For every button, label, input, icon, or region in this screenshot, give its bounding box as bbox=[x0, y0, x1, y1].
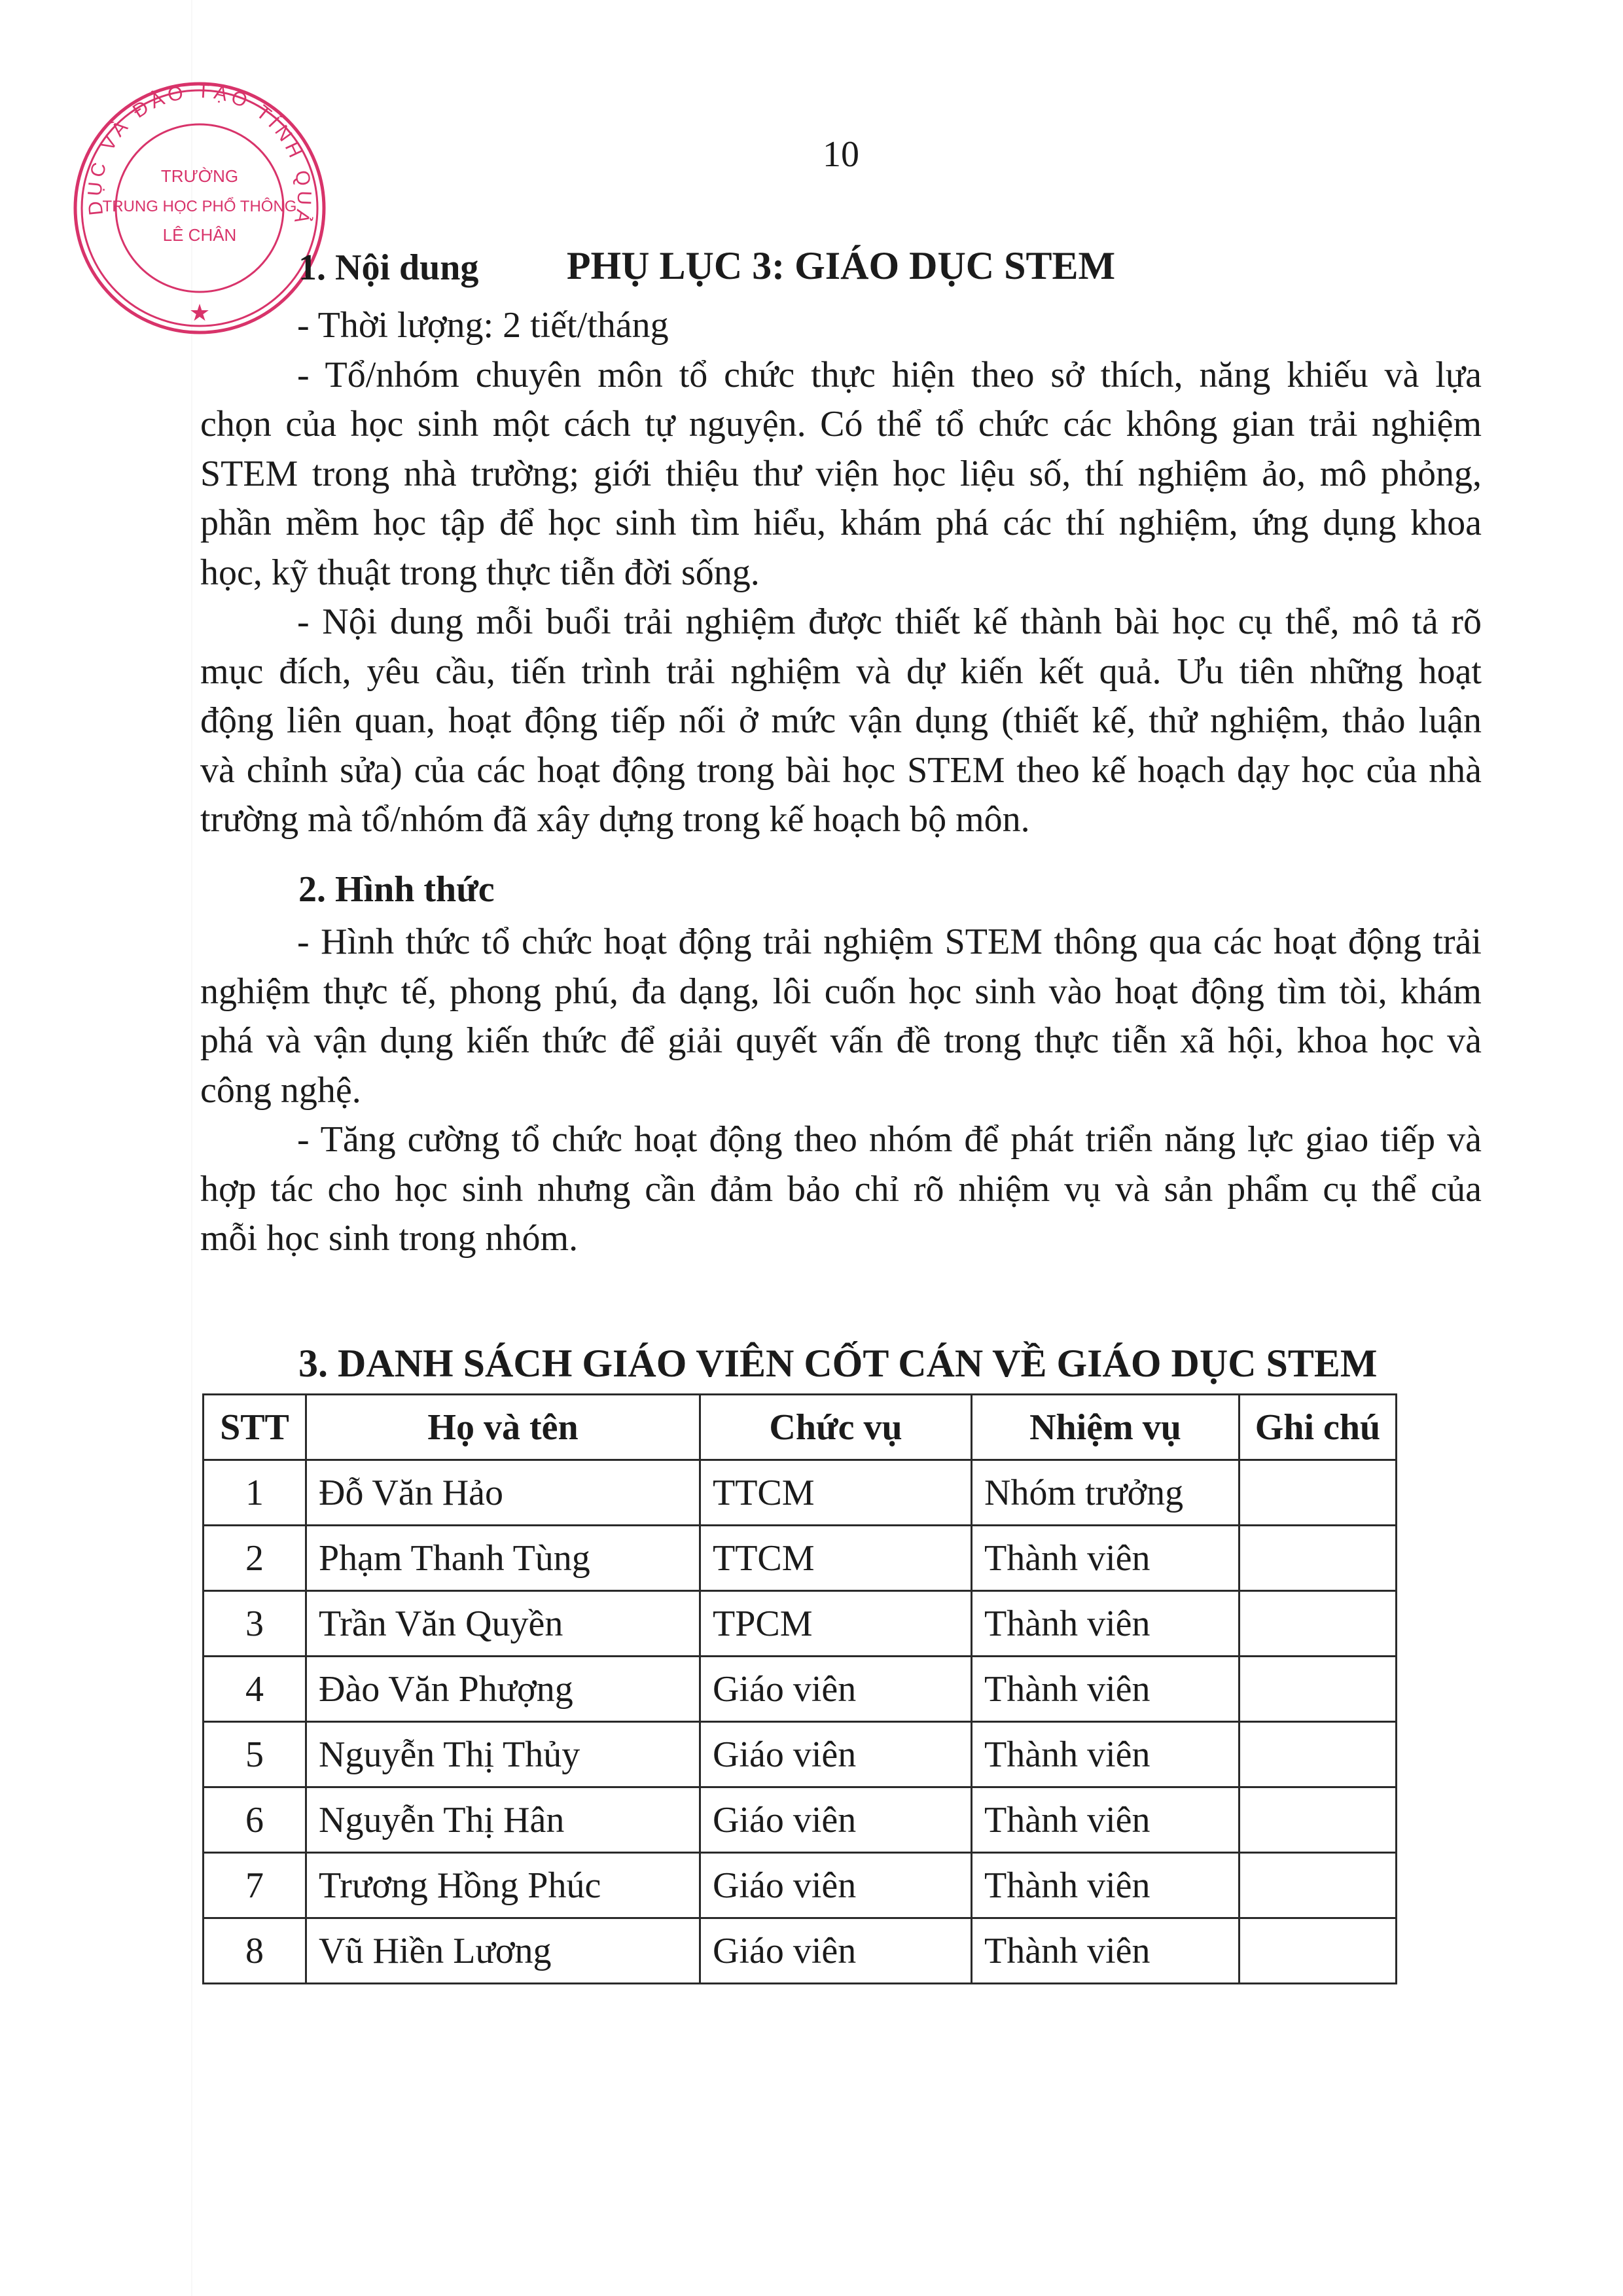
cell-duty: Thành viên bbox=[972, 1853, 1240, 1918]
paragraph-line: - Hình thức tổ chức hoạt động trải nghiệ… bbox=[200, 918, 1482, 967]
content-paragraphs: - Tổ/nhóm chuyên môn tổ chức thực hiện t… bbox=[200, 351, 1482, 845]
section-heading-content: 1. Nội dung bbox=[298, 243, 478, 293]
paragraph: - Tổ/nhóm chuyên môn tổ chức thực hiện t… bbox=[200, 351, 1482, 598]
cell-position: TTCM bbox=[700, 1460, 972, 1526]
cell-notes bbox=[1240, 1787, 1397, 1853]
column-header-duty: Nhiệm vụ bbox=[972, 1395, 1240, 1460]
paragraph-line: công nghệ. bbox=[200, 1066, 1482, 1116]
column-header-position: Chức vụ bbox=[700, 1395, 972, 1460]
cell-duty: Thành viên bbox=[972, 1591, 1240, 1657]
cell-position: Giáo viên bbox=[700, 1787, 972, 1853]
cell-stt: 6 bbox=[204, 1787, 306, 1853]
paragraph-line: - Tăng cường tổ chức hoạt động theo nhóm… bbox=[200, 1115, 1482, 1165]
cell-name: Trương Hồng Phúc bbox=[306, 1853, 700, 1918]
cell-notes bbox=[1240, 1591, 1397, 1657]
table-row: 4Đào Văn PhượngGiáo viênThành viên bbox=[204, 1657, 1397, 1722]
paragraph-line: nghiệm thực tế, phong phú, đa dạng, lôi … bbox=[200, 967, 1482, 1017]
form-paragraphs: - Hình thức tổ chức hoạt động trải nghiệ… bbox=[200, 918, 1482, 1264]
paragraph: - Hình thức tổ chức hoạt động trải nghiệ… bbox=[200, 918, 1482, 1115]
cell-position: Giáo viên bbox=[700, 1657, 972, 1722]
table-row: 1Đỗ Văn HảoTTCMNhóm trưởng bbox=[204, 1460, 1397, 1526]
cell-notes bbox=[1240, 1722, 1397, 1787]
table-header-row: STT Họ và tên Chức vụ Nhiệm vụ Ghi chú bbox=[204, 1395, 1397, 1460]
staff-table: STT Họ và tên Chức vụ Nhiệm vụ Ghi chú 1… bbox=[202, 1393, 1397, 1984]
column-header-stt: STT bbox=[204, 1395, 306, 1460]
paragraph-line: hợp tác cho học sinh nhưng cần đảm bảo c… bbox=[200, 1165, 1482, 1215]
cell-duty: Thành viên bbox=[972, 1918, 1240, 1984]
paragraph-line: mục đích, yêu cầu, tiến trình trải nghiệ… bbox=[200, 647, 1482, 697]
cell-position: TTCM bbox=[700, 1526, 972, 1591]
cell-stt: 7 bbox=[204, 1853, 306, 1918]
cell-name: Đào Văn Phượng bbox=[306, 1657, 700, 1722]
cell-position: Giáo viên bbox=[700, 1722, 972, 1787]
official-stamp: SỞ GIÁO DỤC VÀ ĐÀO TẠO TỈNH QUẢNG NINH T… bbox=[69, 77, 330, 339]
cell-position: TPCM bbox=[700, 1591, 972, 1657]
page-title: PHỤ LỤC 3: GIÁO DỤC STEM bbox=[0, 240, 1623, 292]
column-header-name: Họ và tên bbox=[306, 1395, 700, 1460]
cell-duty: Nhóm trưởng bbox=[972, 1460, 1240, 1526]
cell-name: Nguyễn Thị Hân bbox=[306, 1787, 700, 1853]
cell-notes bbox=[1240, 1918, 1397, 1984]
table-row: 8Vũ Hiền LươngGiáo viênThành viên bbox=[204, 1918, 1397, 1984]
cell-position: Giáo viên bbox=[700, 1918, 972, 1984]
cell-name: Nguyễn Thị Thủy bbox=[306, 1722, 700, 1787]
paragraph: - Tăng cường tổ chức hoạt động theo nhóm… bbox=[200, 1115, 1482, 1264]
cell-notes bbox=[1240, 1657, 1397, 1722]
cell-name: Phạm Thanh Tùng bbox=[306, 1526, 700, 1591]
paragraph-line: chọn của học sinh một cách tự nguyện. Có… bbox=[200, 400, 1482, 450]
table-row: 3Trần Văn QuyềnTPCMThành viên bbox=[204, 1591, 1397, 1657]
cell-notes bbox=[1240, 1853, 1397, 1918]
paragraph-line: mỗi học sinh trong nhóm. bbox=[200, 1214, 1482, 1264]
cell-name: Trần Văn Quyền bbox=[306, 1591, 700, 1657]
cell-stt: 5 bbox=[204, 1722, 306, 1787]
cell-notes bbox=[1240, 1526, 1397, 1591]
cell-stt: 8 bbox=[204, 1918, 306, 1984]
paragraph-line: STEM trong nhà trường; giới thiệu thư vi… bbox=[200, 450, 1482, 499]
paragraph-line: phần mềm học tập để học sinh tìm hiểu, k… bbox=[200, 499, 1482, 548]
cell-name: Đỗ Văn Hảo bbox=[306, 1460, 700, 1526]
paragraph-line: trường mà tổ/nhóm đã xây dựng trong kế h… bbox=[200, 795, 1482, 845]
paragraph-line: và chỉnh sửa) của các hoạt động trong bà… bbox=[200, 746, 1482, 796]
paragraph-line: học, kỹ thuật trong thực tiễn đời sống. bbox=[200, 548, 1482, 598]
table-row: 5Nguyễn Thị ThủyGiáo viênThành viên bbox=[204, 1722, 1397, 1787]
cell-stt: 2 bbox=[204, 1526, 306, 1591]
paragraph-line: động liên quan, hoạt động tiếp nối ở mức… bbox=[200, 696, 1482, 746]
cell-stt: 4 bbox=[204, 1657, 306, 1722]
cell-duty: Thành viên bbox=[972, 1657, 1240, 1722]
stamp-line-2: TRUNG HỌC PHỔ THÔNG bbox=[103, 197, 297, 215]
paragraph-line: phá và vận dụng kiến thức để giải quyết … bbox=[200, 1016, 1482, 1066]
section-content-body: - Thời lượng: 2 tiết/tháng - Tổ/nhóm chu… bbox=[200, 301, 1482, 845]
section-heading-form: 2. Hình thức bbox=[298, 865, 495, 914]
cell-position: Giáo viên bbox=[700, 1853, 972, 1918]
scan-artifact-line bbox=[191, 0, 192, 2296]
cell-stt: 3 bbox=[204, 1591, 306, 1657]
cell-duty: Thành viên bbox=[972, 1787, 1240, 1853]
paragraph-line: - Nội dung mỗi buổi trải nghiệm được thi… bbox=[200, 598, 1482, 647]
page-number: 10 bbox=[0, 128, 1623, 181]
paragraph-line: - Tổ/nhóm chuyên môn tổ chức thực hiện t… bbox=[200, 351, 1482, 401]
table-row: 6Nguyễn Thị HânGiáo viênThành viên bbox=[204, 1787, 1397, 1853]
table-row: 7Trương Hồng PhúcGiáo viênThành viên bbox=[204, 1853, 1397, 1918]
cell-name: Vũ Hiền Lương bbox=[306, 1918, 700, 1984]
cell-duty: Thành viên bbox=[972, 1722, 1240, 1787]
paragraph: - Nội dung mỗi buổi trải nghiệm được thi… bbox=[200, 598, 1482, 845]
section-heading-staff: 3. DANH SÁCH GIÁO VIÊN CỐT CÁN VỀ GIÁO D… bbox=[298, 1339, 1378, 1388]
table-row: 2Phạm Thanh TùngTTCMThành viên bbox=[204, 1526, 1397, 1591]
column-header-notes: Ghi chú bbox=[1240, 1395, 1397, 1460]
cell-duty: Thành viên bbox=[972, 1526, 1240, 1591]
cell-stt: 1 bbox=[204, 1460, 306, 1526]
section-form-body: - Hình thức tổ chức hoạt động trải nghiệ… bbox=[200, 918, 1482, 1264]
cell-notes bbox=[1240, 1460, 1397, 1526]
duration-line: - Thời lượng: 2 tiết/tháng bbox=[200, 301, 1482, 351]
